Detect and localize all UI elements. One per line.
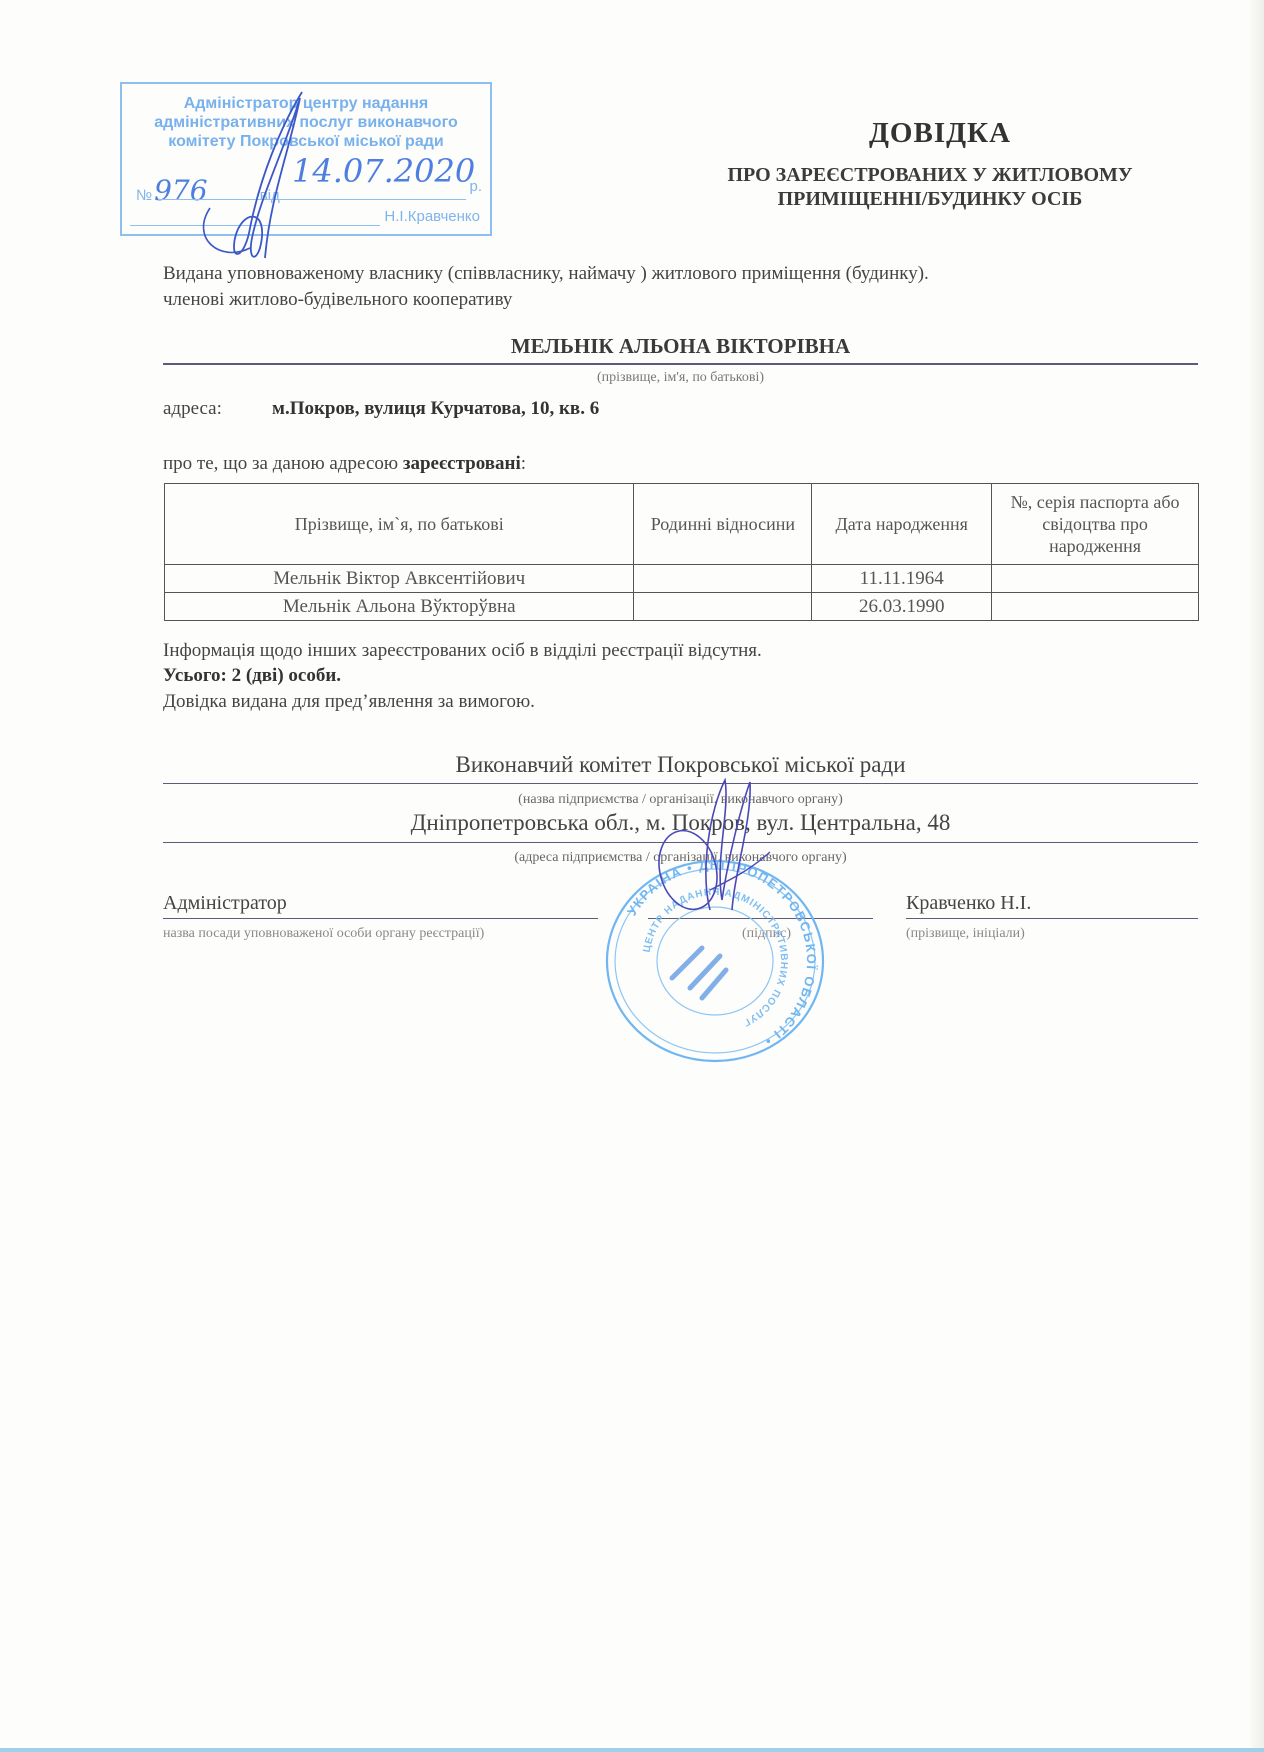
role-caption: назва посади уповноваженої особи органу … [163, 926, 484, 942]
holder-name: МЕЛЬНІК АЛЬОНА ВІКТОРІВНА [163, 334, 1198, 359]
organization-name: Виконавчий комітет Покровської міської р… [163, 752, 1198, 778]
document-title: ДОВІДКА [640, 117, 1240, 150]
cell-relation [634, 565, 812, 593]
stamp-line-1: Адміністратор центру надання [122, 94, 490, 113]
table-header-row: Прізвище, ім`я, по батькові Родинні відн… [165, 484, 1199, 565]
document-subtitle: ПРО ЗАРЕЄСТРОВАНИХ У ЖИТЛОВОМУ ПРИМІЩЕНН… [620, 163, 1240, 211]
svg-text:УКРАЇНА • ДНІПРОПЕТРОВСЬКОЇ ОБ: УКРАЇНА • ДНІПРОПЕТРОВСЬКОЇ ОБЛАСТІ • [624, 858, 819, 1050]
registration-stamp: Адміністратор центру надання адміністрат… [120, 82, 492, 236]
cell-full-name: Мельнік Альона Вўкторўвна [165, 593, 634, 621]
registered-intro: про те, що за даною адресою зареєстрован… [163, 453, 526, 475]
stamp-signature-line [130, 225, 380, 226]
role-underline [163, 918, 598, 919]
stamp-number: 976 [154, 174, 207, 207]
official-round-stamp-icon: УКРАЇНА • ДНІПРОПЕТРОВСЬКОЇ ОБЛАСТІ • ЦЕ… [602, 858, 828, 1064]
stamp-date: 14.07.2020 [292, 152, 475, 190]
organization-address: Дніпропетровська обл., м. Покров, вул. Ц… [163, 810, 1198, 836]
holder-name-caption: (прізвище, ім'я, по батькові) [163, 370, 1198, 386]
header-birth-date: Дата народження [812, 484, 992, 565]
cell-full-name: Мельнік Віктор Авксентійович [165, 565, 634, 593]
subtitle-line-1: ПРО ЗАРЕЄСТРОВАНИХ У ЖИТЛОВОМУ [620, 163, 1240, 187]
table-row: Мельнік Віктор Авксентійович 11.11.1964 [165, 565, 1199, 593]
signatory-name-caption: (прізвище, ініціали) [906, 926, 1025, 942]
cell-document [992, 565, 1199, 593]
page-bottom-edge [0, 1748, 1264, 1752]
stamp-official-name: Н.І.Кравченко [384, 208, 480, 225]
stamp-line-2: адміністративних послуг виконавчого [122, 113, 490, 132]
registered-intro-bold: зареєстровані [403, 453, 521, 474]
purpose-statement: Довідка видана для пред’явлення за вимог… [163, 691, 535, 713]
header-full-name: Прізвище, ім`я, по батькові [165, 484, 634, 565]
cell-birth-date: 11.11.1964 [812, 565, 992, 593]
issued-to-line-1: Видана уповноваженому власнику (співвлас… [163, 261, 1203, 287]
organization-name-caption: (назва підприємства / організації. викон… [163, 792, 1198, 808]
other-persons-info: Інформація щодо інших зареєстрованих осі… [163, 640, 762, 662]
registered-intro-text: про те, що за даною адресою [163, 453, 403, 474]
stamp-number-prefix: № [136, 187, 152, 204]
stamp-date-prefix: від [260, 187, 280, 204]
header-relation: Родинні відносини [634, 484, 812, 565]
total-count: Усього: 2 (дві) особи. [163, 665, 341, 687]
registered-intro-colon: : [521, 453, 526, 474]
signatory-name: Кравченко Н.І. [906, 892, 1031, 915]
cell-document [992, 593, 1199, 621]
address-value: м.Покров, вулиця Курчатова, 10, кв. 6 [272, 398, 599, 420]
cell-relation [634, 593, 812, 621]
page-edge-shadow [1250, 0, 1264, 1752]
table-row: Мельнік Альона Вўкторўвна 26.03.1990 [165, 593, 1199, 621]
stamp-year-suffix: р. [469, 178, 482, 195]
signatory-role: Адміністратор [163, 892, 287, 915]
holder-name-underline [163, 363, 1198, 365]
stamp-number-row: №976 від [136, 174, 280, 207]
stamp-line-3: комітету Покровської міської ради [122, 132, 490, 151]
subtitle-line-2: ПРИМІЩЕННІ/БУДИНКУ ОСІБ [620, 187, 1240, 211]
signature-caption: (підпис) [742, 926, 791, 942]
address-label: адреса: [163, 398, 222, 420]
stamp-underline [158, 199, 466, 200]
signatory-name-underline [906, 918, 1198, 919]
issued-to-text: Видана уповноваженому власнику (співвлас… [163, 261, 1203, 313]
cell-birth-date: 26.03.1990 [812, 593, 992, 621]
registered-persons-table: Прізвище, ім`я, по батькові Родинні відн… [164, 483, 1199, 621]
issued-to-line-2: членові житлово-будівельного кооперативу [163, 287, 1203, 313]
organization-address-underline [163, 842, 1198, 843]
header-document: №, серія паспорта або свідоцтва про наро… [992, 484, 1199, 565]
signature-underline [648, 918, 873, 919]
organization-address-caption: (адреса підприємства / організації. вико… [163, 850, 1198, 866]
organization-name-underline [163, 783, 1198, 784]
svg-text:ЦЕНТР НАДАННЯ АДМІНІСТРАТИВНИХ: ЦЕНТР НАДАННЯ АДМІНІСТРАТИВНИХ ПОСЛУГ [642, 887, 790, 1028]
